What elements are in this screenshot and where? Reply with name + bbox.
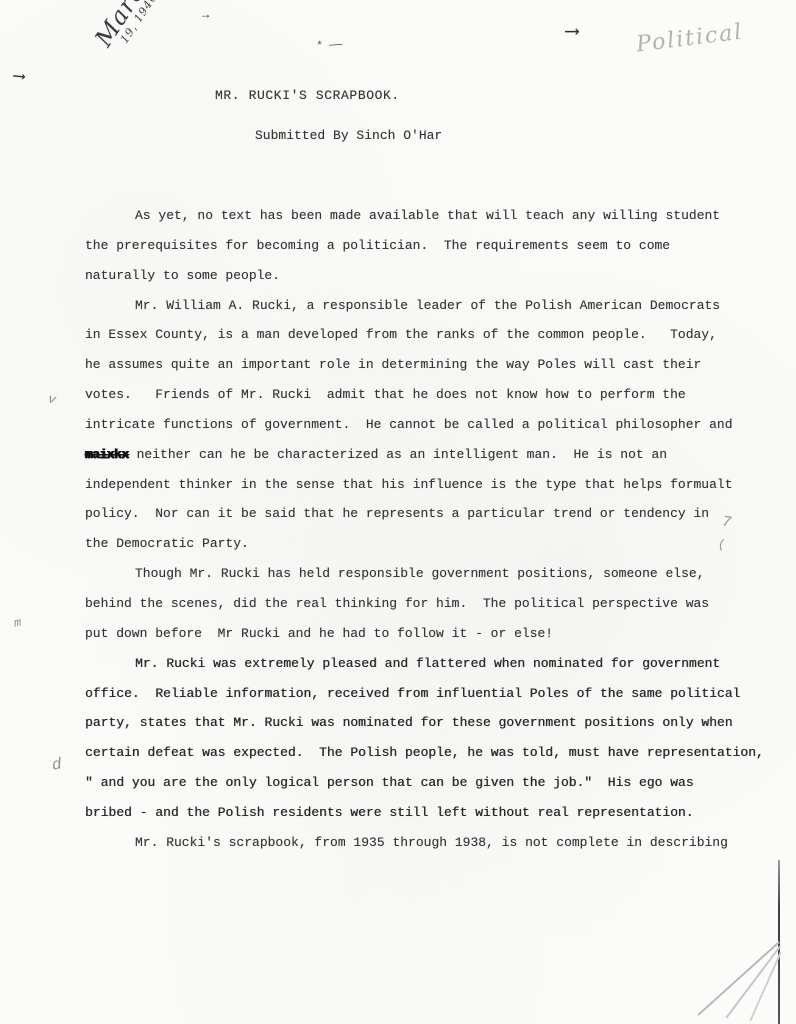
document-line: As yet, no text has been made available … [85, 201, 785, 231]
document-line: Though Mr. Rucki has held responsible go… [85, 559, 785, 589]
document-line: office. Reliable information, received f… [85, 679, 785, 709]
small-arrow-right-icon: → [202, 8, 209, 22]
scanned-document-page: March 19, 1940 Political ⟶ → * —— ⟶ v m … [0, 0, 796, 1024]
document-line: policy. Nor can it be said that he repre… [85, 499, 785, 529]
page-title: MR. RUCKI'S SCRAPBOOK. [215, 88, 400, 103]
pencil-check-mark: v [47, 391, 58, 407]
document-line: Mr. Rucki was extremely pleased and flat… [85, 649, 785, 679]
handwritten-category-note: Political [635, 20, 745, 58]
document-line: naturally to some people. [85, 261, 785, 291]
document-line: intricate functions of government. He ca… [85, 410, 785, 440]
document-line: party, states that Mr. Rucki was nominat… [85, 708, 785, 738]
document-line: maixkx neither can he be characterized a… [85, 440, 785, 470]
document-line: certain defeat was expected. The Polish … [85, 738, 785, 768]
arrow-right-icon: ⟶ [13, 66, 25, 88]
document-line: votes. Friends of Mr. Rucki admit that h… [85, 380, 785, 410]
document-line: behind the scenes, did the real thinking… [85, 589, 785, 619]
arrow-right-icon: ⟶ [566, 18, 578, 44]
document-line: " and you are the only logical person th… [85, 768, 785, 798]
byline: Submitted By Sinch O'Har [255, 128, 442, 143]
document-line: Mr. Rucki's scrapbook, from 1935 through… [85, 828, 785, 858]
document-line: independent thinker in the sense that hi… [85, 470, 785, 500]
document-line: Mr. William A. Rucki, a responsible lead… [85, 291, 785, 321]
document-line: he assumes quite an important role in de… [85, 350, 785, 380]
document-line: the Democratic Party. [85, 529, 785, 559]
document-body: As yet, no text has been made available … [85, 201, 785, 858]
pencil-squiggle-mark: m [13, 615, 23, 630]
pencil-d-mark: d [51, 755, 63, 774]
document-line: the prerequisites for becoming a politic… [85, 231, 785, 261]
document-line: bribed - and the Polish residents were s… [85, 798, 785, 828]
struck-out-word: maixkx [85, 447, 129, 462]
document-line: in Essex County, is a man developed from… [85, 320, 785, 350]
document-line: put down before Mr Rucki and he had to f… [85, 619, 785, 649]
handwritten-date-note: March 19, 1940 [92, 0, 167, 57]
ink-smudge-mark: * —— [316, 39, 343, 53]
